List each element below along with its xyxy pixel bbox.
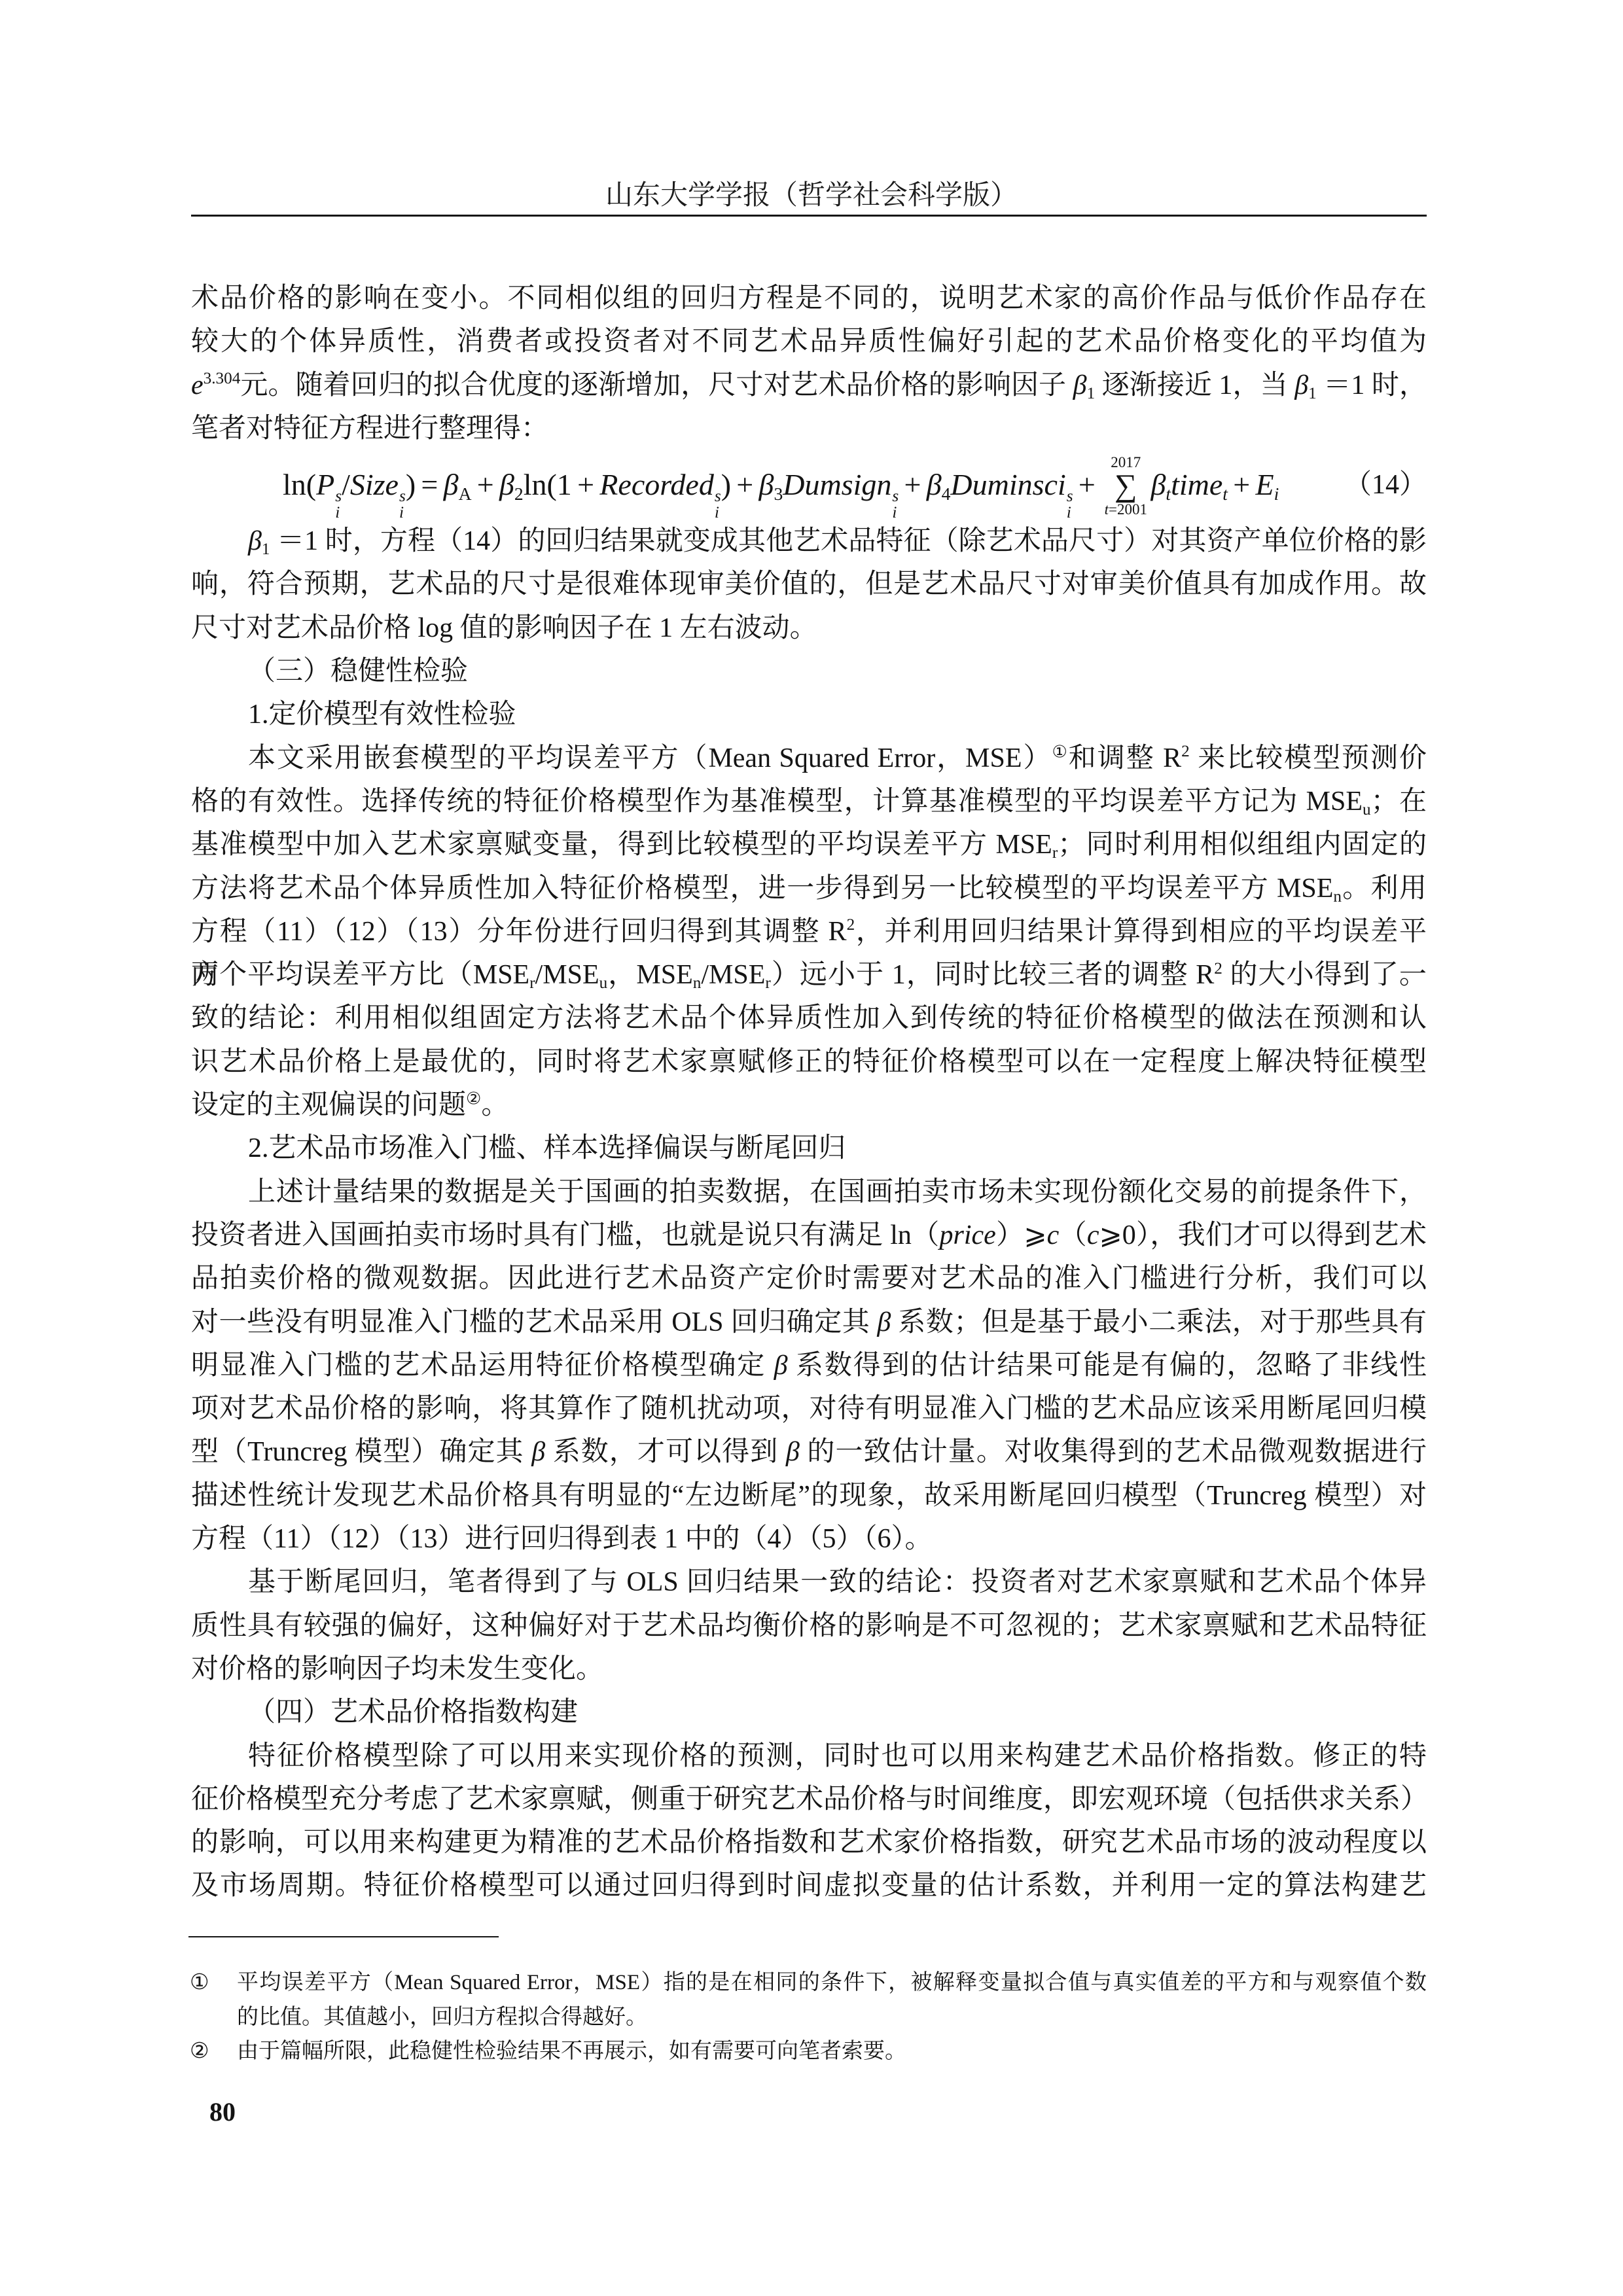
math-symbol: ln(1	[524, 468, 572, 501]
subscript: 1	[1308, 385, 1317, 402]
text-line: 品拍卖价格的微观数据。因此进行艺术品资产定价时需要对艺术品的准入门槛进行分析，我…	[191, 1257, 1427, 1300]
subscript: u	[599, 974, 608, 992]
operator: +	[577, 468, 594, 501]
subscript: n	[1333, 888, 1342, 906]
subscript: i	[335, 504, 342, 520]
math-symbol: β	[444, 468, 459, 501]
subscript: 1	[1087, 385, 1096, 402]
subscript: t	[1166, 484, 1171, 504]
text-run: 和调整	[1069, 743, 1163, 773]
text-line: 基准模型中加入艺术家禀赋变量，得到比较模型的平均误差平方 MSEr；同时利用相似…	[191, 823, 1427, 866]
script-stack: si	[892, 488, 899, 520]
operator: +	[904, 468, 921, 501]
math-symbol: Recorded	[599, 468, 714, 501]
math-symbol: β	[786, 1437, 800, 1467]
footnote-mark: ①	[190, 1966, 237, 2000]
text-line: 笔者对特征方程进行整理得：	[191, 407, 1427, 450]
script-stack: si	[1067, 488, 1073, 520]
text-line: 型（Truncreg 模型）确定其 β 系数，才可以得到 β 的一致估计量。对收…	[191, 1430, 1427, 1474]
operator: +	[736, 468, 753, 501]
script-stack: si	[399, 488, 406, 520]
math-symbol: MSE	[1277, 874, 1333, 904]
footnote-1: ① 平均误差平方（Mean Squared Error，MSE）指的是在相同的条…	[190, 1966, 1427, 2034]
footnote-rule	[188, 1936, 499, 1937]
subscript: 2	[514, 484, 524, 504]
running-head-journal-title: 山东大学学报（哲学社会科学版）	[0, 179, 1623, 212]
subscript: 3	[774, 484, 783, 504]
math-symbol: MSE	[636, 960, 692, 990]
text-run: ）⩾	[996, 1220, 1047, 1250]
math-symbol: β	[927, 468, 942, 501]
footnote-text: 平均误差平方（Mean Squared Error，MSE）指的是在相同的条件下…	[237, 1966, 1427, 2034]
subscript: i	[1274, 484, 1279, 504]
text-line: 方程（11）（12）（13）进行回归得到表 1 中的（4）（5）（6）。	[191, 1517, 1427, 1561]
script-stack: si	[335, 488, 342, 520]
text-line: 术品价格的影响在变小。不同相似组的回归方程是不同的，说明艺术家的高价作品与低价作…	[191, 277, 1427, 320]
subscript: i	[399, 504, 406, 520]
math-symbol: β	[1151, 468, 1166, 501]
text-line: 对一些没有明显准入门槛的艺术品采用 OLS 回归确定其 β 系数；但是基于最小二…	[191, 1301, 1427, 1344]
superscript: s	[335, 488, 342, 504]
paragraph-continued: 术品价格的影响在变小。不同相似组的回归方程是不同的，说明艺术家的高价作品与低价作…	[191, 277, 1427, 450]
text-line: 上述计量结果的数据是关于国画的拍卖数据，在国画拍卖市场未实现份额化交易的前提条件…	[191, 1171, 1427, 1214]
footnote-ref: ①	[1052, 742, 1068, 761]
text-run: 格的有效性。选择传统的特征价格模型作为基准模型，计算基准模型的平均误差平方记为	[191, 786, 1306, 817]
equation-number: （14）	[1344, 450, 1427, 520]
section-heading-robustness: （三）稳健性检验	[191, 650, 1427, 693]
subsection-heading-truncated-regression: 2.艺术品市场准入门槛、样本选择偏误与断尾回归	[191, 1127, 1427, 1170]
footnote-line: 由于篇幅所限，此稳健性检验结果不再展示，如有需要可向笔者索要。	[237, 2034, 1427, 2069]
operator: =	[421, 468, 438, 501]
text-line: 较大的个体异质性，消费者或投资者对不同艺术品异质性偏好引起的艺术品价格变化的平均…	[191, 320, 1427, 363]
text-line: 明显准入门槛的艺术品运用特征价格模型确定 β 系数得到的估计结果可能是有偏的，忽…	[191, 1344, 1427, 1387]
footnote-mark: ②	[190, 2034, 237, 2069]
text-run: 逐渐接近 1，当	[1095, 370, 1294, 400]
text-run: 方程（11）（12）（13）分年份进行回归得到其调整	[191, 917, 829, 947]
paragraph-entry-threshold: 上述计量结果的数据是关于国画的拍卖数据，在国画拍卖市场未实现份额化交易的前提条件…	[191, 1171, 1427, 1561]
text-run: （	[1059, 1220, 1087, 1250]
paragraph-truncreg-conclusion: 基于断尾回归，笔者得到了与 OLS 回归结果一致的结论：投资者对艺术家禀赋和艺术…	[191, 1561, 1427, 1691]
footnote-ref: ②	[466, 1089, 481, 1108]
subscript: n	[693, 974, 702, 992]
math-symbol: price	[940, 1220, 996, 1250]
text-run: ；在	[1371, 786, 1427, 817]
text-line: 设定的主观偏误的问题②。	[191, 1084, 1427, 1127]
text-line: 致的结论：利用相似组固定方法将艺术品个体异质性加入到传统的特征价格模型的做法在预…	[191, 997, 1427, 1040]
math-symbol: β	[531, 1437, 545, 1467]
math-symbol: MSE	[1306, 786, 1363, 817]
math-symbol: )	[406, 468, 416, 501]
math-symbol: β	[1073, 370, 1087, 400]
footnote-2: ② 由于篇幅所限，此稳健性检验结果不再展示，如有需要可向笔者索要。	[190, 2034, 1427, 2069]
paragraph-price-index: 特征价格模型除了可以用来实现价格的预测，同时也可以用来构建艺术品价格指数。修正的…	[191, 1735, 1427, 1908]
superscript: s	[892, 488, 899, 504]
text-run: 元。随着回归的拟合优度的逐渐增加，尺寸对艺术品价格的影响因子	[240, 370, 1073, 400]
text-line: 本文采用嵌套模型的平均误差平方（Mean Squared Error，MSE）①…	[191, 737, 1427, 780]
math-symbol: )	[721, 468, 731, 501]
text-line: 的影响，可以用来构建更为精准的艺术品价格指数和艺术家价格指数，研究艺术品市场的波…	[191, 1821, 1427, 1864]
text-run: ＝1 时，方程（14）的回归结果就变成其他艺术品特征（除艺术品尺寸）对其资产单位…	[270, 526, 1427, 556]
summation: 2017∑t=2001	[1105, 455, 1147, 518]
math-symbol: ln(	[283, 468, 316, 501]
superscript: 3.304	[204, 370, 241, 387]
text-line: 特征价格模型除了可以用来实现价格的预测，同时也可以用来构建艺术品价格指数。修正的…	[191, 1735, 1427, 1778]
text-run: 方法将艺术品个体异质性加入特征价格模型，进一步得到另一比较模型的平均误差平方	[191, 874, 1277, 904]
text-line: 征价格模型充分考虑了艺术家禀赋，侧重于研究艺术品价格与时间维度，即宏观环境（包括…	[191, 1778, 1427, 1821]
math-symbol: MSE	[543, 960, 599, 990]
superscript: s	[399, 488, 406, 504]
superscript: s	[1067, 488, 1073, 504]
math-symbol: Duminsci	[950, 468, 1065, 501]
subsection-heading-model-validity: 1.定价模型有效性检验	[191, 693, 1427, 736]
text-run: ）远小于 1，同时比较三者的调整	[771, 960, 1196, 990]
text-run: ＝1 时，	[1317, 370, 1427, 400]
subscript: i	[892, 504, 899, 520]
subscript: i	[1067, 504, 1073, 520]
math-symbol: β	[774, 1351, 788, 1381]
text-line: 尺寸对艺术品价格 log 值的影响因子在 1 左右波动。	[191, 607, 1427, 650]
subscript: 1	[262, 540, 270, 558]
subscript: i	[715, 504, 721, 520]
text-line: 响，符合预期，艺术品的尺寸是很难体现审美价值的，但是艺术品尺寸对审美价值具有加成…	[191, 563, 1427, 606]
math-symbol: β	[877, 1307, 891, 1337]
body-text: 术品价格的影响在变小。不同相似组的回归方程是不同的，说明艺术家的高价作品与低价作…	[191, 277, 1427, 1908]
text-line: 描述性统计发现艺术品价格具有明显的“左边断尾”的现象，故采用断尾回归模型（Tru…	[191, 1474, 1427, 1517]
text-run: /	[701, 960, 709, 990]
superscript: 2	[847, 916, 855, 934]
equation-14: ln(Psi/Sizesi)=βA+β2ln(1+Recordedsi)+β3D…	[191, 450, 1427, 520]
text-run: 的大小得到了一	[1222, 960, 1427, 990]
text-line: 方程（11）（12）（13）分年份进行回归得到其调整 R2，并利用回归结果计算得…	[191, 910, 1427, 953]
text-run: ，	[607, 960, 636, 990]
subscript: A	[459, 484, 472, 504]
text-run: 来比较模型预测价	[1190, 743, 1427, 773]
operator: +	[1079, 468, 1096, 501]
script-stack: si	[715, 488, 721, 520]
text-line: 识艺术品价格上是最优的，同时将艺术家禀赋修正的特征价格模型可以在一定程度上解决特…	[191, 1040, 1427, 1084]
math-symbol: time	[1171, 468, 1222, 501]
paragraph-mse: 本文采用嵌套模型的平均误差平方（Mean Squared Error，MSE）①…	[191, 737, 1427, 1127]
text-run: 明显准入门槛的艺术品运用特征价格模型确定	[191, 1351, 774, 1381]
math-symbol: P	[316, 468, 334, 501]
text-run: 系数，才可以得到	[545, 1437, 786, 1467]
operator: +	[477, 468, 494, 501]
operator: +	[1233, 468, 1250, 501]
text-line: 方法将艺术品个体异质性加入特征价格模型，进一步得到另一比较模型的平均误差平方 M…	[191, 867, 1427, 910]
subscript: u	[1363, 801, 1371, 819]
sigma-icon: ∑	[1115, 470, 1137, 502]
math-symbol: Dumsign	[783, 468, 891, 501]
superscript: 2	[1181, 743, 1190, 760]
superscript: s	[715, 488, 721, 504]
math-symbol: R	[829, 917, 847, 947]
subscript: 4	[942, 484, 951, 504]
text-run: 。	[481, 1090, 508, 1120]
math-symbol: β	[499, 468, 514, 501]
text-line: 格的有效性。选择传统的特征价格模型作为基准模型，计算基准模型的平均误差平方记为 …	[191, 780, 1427, 823]
text-run: 设定的主观偏误的问题	[191, 1090, 466, 1120]
math-symbol: β	[248, 526, 262, 556]
sum-lower-value: =2001	[1109, 501, 1147, 518]
math-symbol: β	[759, 468, 774, 501]
footnote-line: 平均误差平方（Mean Squared Error，MSE）指的是在相同的条件下…	[237, 1966, 1427, 2000]
text-run: ⩾0），我们才可以得到艺术	[1099, 1220, 1427, 1250]
math-symbol: Size	[350, 468, 399, 501]
text-run: 两个平均误差平方比（	[191, 960, 473, 990]
paragraph-beta-interpretation: β1 ＝1 时，方程（14）的回归结果就变成其他艺术品特征（除艺术品尺寸）对其资…	[191, 520, 1427, 650]
math-symbol: E	[1255, 468, 1274, 501]
text-run: 对一些没有明显准入门槛的艺术品采用 OLS 回归确定其	[191, 1307, 877, 1337]
footnote-text: 由于篇幅所限，此稳健性检验结果不再展示，如有需要可向笔者索要。	[237, 2034, 1427, 2069]
sum-lower-limit: t=2001	[1105, 502, 1147, 518]
equation-body: ln(Psi/Sizesi)=βA+β2ln(1+Recordedsi)+β3D…	[283, 450, 1279, 520]
text-line: 投资者进入国画拍卖市场时具有门槛，也就是说只有满足 ln（price）⩾c（c⩾…	[191, 1214, 1427, 1257]
header-rule	[191, 215, 1427, 217]
math-symbol: MSE	[473, 960, 529, 990]
page-number: 80	[209, 2096, 236, 2128]
document-page: 山东大学学报（哲学社会科学版） 术品价格的影响在变小。不同相似组的回归方程是不同…	[0, 0, 1623, 2296]
text-line: 两个平均误差平方比（MSEr/MSEu，MSEn/MSEr）远小于 1，同时比较…	[191, 953, 1427, 997]
footnote-line: 的比值。其值越小，回归方程拟合得越好。	[237, 2000, 1427, 2035]
math-symbol: c	[1047, 1220, 1060, 1250]
subscript: r	[529, 974, 535, 992]
text-run: 本文采用嵌套模型的平均误差平方（Mean Squared Error，MSE）	[248, 743, 1052, 773]
text-line: 质性具有较强的偏好，这种偏好对于艺术品均衡价格的影响是不可忽视的；艺术家禀赋和艺…	[191, 1604, 1427, 1648]
math-symbol: /	[342, 468, 350, 501]
subscript: t	[1222, 484, 1228, 504]
text-line: 对价格的影响因子均未发生变化。	[191, 1648, 1427, 1691]
superscript: 2	[1214, 960, 1222, 978]
math-symbol: MSE	[995, 830, 1052, 860]
section-heading-price-index: （四）艺术品价格指数构建	[191, 1691, 1427, 1734]
text-line: 及市场周期。特征价格模型可以通过回归得到时间虚拟变量的估计系数，并利用一定的算法…	[191, 1864, 1427, 1907]
math-symbol: β	[1294, 370, 1308, 400]
text-run: 系数得到的估计结果可能是有偏的，忽略了非线性	[788, 1351, 1427, 1381]
text-run: 基准模型中加入艺术家禀赋变量，得到比较模型的平均误差平方	[191, 830, 995, 860]
text-run: /	[535, 960, 543, 990]
math-symbol: c	[1087, 1220, 1099, 1250]
math-symbol: R	[1196, 960, 1214, 990]
text-line: β1 ＝1 时，方程（14）的回归结果就变成其他艺术品特征（除艺术品尺寸）对其资…	[191, 520, 1427, 563]
text-run: 。利用	[1342, 874, 1427, 904]
text-line: e3.304元。随着回归的拟合优度的逐渐增加，尺寸对艺术品价格的影响因子 β1 …	[191, 364, 1427, 407]
math-symbol: MSE	[709, 960, 765, 990]
subscript: r	[1052, 844, 1058, 862]
text-run: 投资者进入国画拍卖市场时具有门槛，也就是说只有满足 ln（	[191, 1220, 940, 1250]
footnotes: ① 平均误差平方（Mean Squared Error，MSE）指的是在相同的条…	[190, 1966, 1427, 2069]
subscript: r	[765, 974, 770, 992]
math-symbol: e	[191, 370, 204, 400]
text-run: ；同时利用相似组组内固定的	[1058, 830, 1427, 860]
text-run: 的一致估计量。对收集得到的艺术品微观数据进行	[800, 1437, 1427, 1467]
text-run: 系数；但是基于最小二乘法，对于那些具有	[891, 1307, 1427, 1337]
math-symbol: R	[1163, 743, 1181, 773]
text-run: 型（Truncreg 模型）确定其	[191, 1437, 531, 1467]
text-line: 项对艺术品价格的影响，将其算作了随机扰动项，对待有明显准入门槛的艺术品应该采用断…	[191, 1387, 1427, 1430]
text-line: 基于断尾回归，笔者得到了与 OLS 回归结果一致的结论：投资者对艺术家禀赋和艺术…	[191, 1561, 1427, 1604]
